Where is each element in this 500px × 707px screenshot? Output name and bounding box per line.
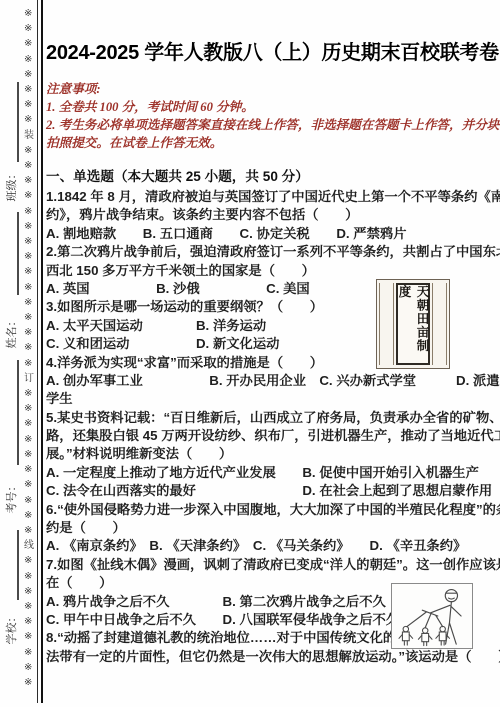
notice-heading: 注意事项: xyxy=(46,80,476,98)
book-cover-left-gutter xyxy=(379,283,394,365)
question-line: 约是（ ） xyxy=(46,519,476,537)
question-options: A. 《南京条约》 B. 《天津条约》 C. 《马关条约》 D. 《辛丑条约》 xyxy=(46,537,476,555)
exam-number-field-label: 考号： xyxy=(3,476,17,518)
school-field-label: 学校： xyxy=(3,607,17,649)
question-line: 1.1842 年 8 月，清政府被迫与英国签订了中国近代史上第一个不平等条约《南… xyxy=(46,188,476,206)
puppet-cartoon-drawing xyxy=(392,584,472,648)
question-line: 法带有一定的片面性，但它仍然是一次伟大的思想解放运动。”该运动是（ ） xyxy=(46,648,476,666)
question-6: 6.“使外国侵略势力进一步深入中国腹地，大大加深了中国的半殖民化程度”的条 约是… xyxy=(46,501,476,556)
question-options: 学生 xyxy=(46,390,476,408)
question-line: 2.第二次鸦片战争前后，强迫清政府签订一系列不平等条约，共割占了中国东北和 xyxy=(46,243,476,261)
question-line: 7.如图《扯线木偶》漫画，讽刺了清政府已变成“洋人的朝廷”。这一创作应该是 xyxy=(46,556,476,574)
question-options: C. 法令在山西落实的最好 D. 在社会上起到了思想启蒙作用 xyxy=(46,482,476,500)
question-5: 5.某史书资料记载：“百日维新后，山西成立了府务局，负责承办全省的矿物、铁 路，… xyxy=(46,409,476,501)
notice-item-2-cont: 拍照提交。在试卷上作答无效。 xyxy=(46,134,476,152)
question-options: A. 割地赔款 B. 五口通商 C. 协定关税 D. 严禁鸦片 xyxy=(46,225,476,243)
question-1: 1.1842 年 8 月，清政府被迫与英国签订了中国近代史上第一个不平等条约《南… xyxy=(46,188,476,243)
section-heading-single-choice: 一、单选题（本大题共 25 小题，共 50 分） xyxy=(46,167,476,186)
notice-block: 注意事项: 1. 全卷共 100 分，考试时间 60 分钟。 2. 考生务必将单… xyxy=(46,80,476,152)
question-line: 6.“使外国侵略势力进一步深入中国腹地，大大加深了中国的半殖民化程度”的条 xyxy=(46,501,476,519)
page-title: 2024-2025 学年人教版八（上）历史期末百校联考卷 xyxy=(46,36,476,65)
exam-paper: 班级： 姓名： 考号： 学校： ※※※※※※※※装※※※※※※※※※※※※※※※… xyxy=(0,0,500,707)
name-field-label: 姓名： xyxy=(3,311,17,353)
puppet-cartoon-image xyxy=(391,583,473,649)
binding-border-line-outer xyxy=(37,0,38,703)
question-options: A. 一定程度上推动了地方近代产业发展 B. 促使中国开始引入机器生产 xyxy=(46,464,476,482)
question-line: 路，还集股白银 45 万两开设纺纱、织布厂，引进机器生产，推动了当地近代工业发 xyxy=(46,427,476,445)
question-options: A. 创办军事工业 B. 开办民用企业 C. 兴办新式学堂 D. 派遣留 xyxy=(46,372,476,390)
binding-line-marks: ※※※※※※※※装※※※※※※※※※※※※※※※订※※※※※※※※※※线※※※※… xyxy=(24,6,37,690)
book-cover-title-panel: 天朝田亩制度 xyxy=(396,283,430,365)
question-line: 5.某史书资料记载：“百日维新后，山西成立了府务局，负责承办全省的矿物、铁 xyxy=(46,409,476,427)
tianchao-tianmu-book-image: 天朝田亩制度 xyxy=(376,279,450,369)
notice-item-2: 2. 考生务必将单项选择题答案直接在线上作答，非选择题在答题卡上作答，并分块 xyxy=(46,116,476,134)
class-field-label: 班级： xyxy=(3,164,17,206)
question-line: 约》，鸦片战争结束。该条约主要内容不包括（ ） xyxy=(46,206,476,224)
question-line: 展。”材料说明维新变法（ ） xyxy=(46,445,476,463)
book-cover-title: 天朝田亩制度 xyxy=(395,285,431,363)
question-line: 西北 150 多万平方千米领土的国家是（ ） xyxy=(46,262,476,280)
class-writein-line xyxy=(17,82,19,162)
exam-number-writein-line xyxy=(17,360,19,465)
school-writein-line xyxy=(17,530,19,600)
name-writein-line xyxy=(17,212,19,295)
notice-item-1: 1. 全卷共 100 分，考试时间 60 分钟。 xyxy=(46,98,476,116)
binding-border-line-inner xyxy=(41,0,43,703)
book-cover-right-gutter xyxy=(432,283,447,365)
